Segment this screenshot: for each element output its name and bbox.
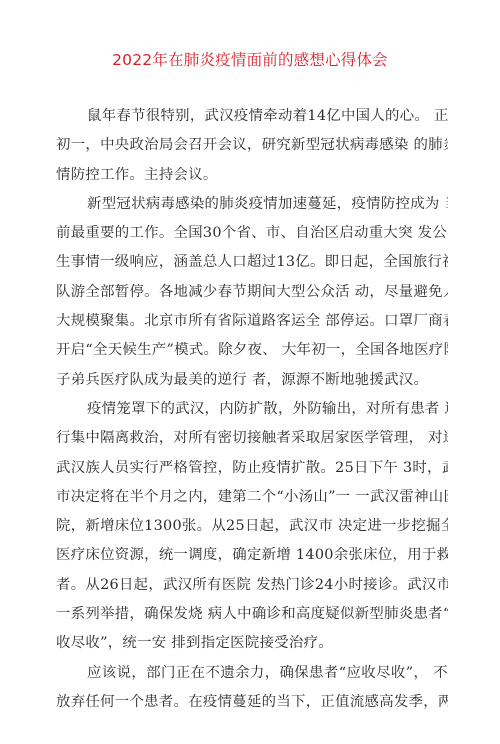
paragraph-3-line-3: 武汉族人员实行严格管控，防止疫情扩散。25日下午 3时，武汉 — [56, 454, 448, 483]
document-title: 2022年在肺炎疫情面前的感想心得体会 — [0, 50, 500, 70]
paragraph-2-line-6: 开启“全天候生产”模式。除夕夜、 大年初一，全国各地医疗队、 — [56, 336, 448, 365]
paragraph-2-line-3: 生事情一级响应，涵盖总人口超过13亿。即日起，全国旅行社团 — [56, 248, 448, 277]
paragraph-4-line-1: 应该说，部门正在不遗余力，确保患者“应收尽收”， 不 — [56, 659, 448, 688]
paragraph-3-line-4: 市决定将在半个月之内，建第二个“小汤山”一 一武汉雷神山医 — [56, 483, 448, 512]
paragraph-3-line-8: 一系列举措，确保发烧 病人中确诊和高度疑似新型肺炎患者“应 — [56, 600, 448, 629]
paragraph-3-line-9: 收尽收”，统一安 排到指定医院接受治疗。 — [56, 629, 448, 658]
paragraph-1-line-1: 鼠年春节很特别，武汉疫情牵动着14亿中国人的心。 正月 — [56, 102, 448, 131]
paragraph-2-line-5: 大规模聚集。北京市所有省际道路客运全 部停运。口罩厂商春节 — [56, 307, 448, 336]
document-page: 2022年在肺炎疫情面前的感想心得体会 鼠年春节很特别，武汉疫情牵动着14亿中国… — [0, 0, 500, 744]
paragraph-4-line-2: 放弃任何一个患者。在疫情蔓延的当下，正值流感高发季，两者 — [56, 688, 448, 717]
paragraph-3-line-6: 医疗床位资源，统一调度，确定新增 1400余张床位，用于救治患 — [56, 541, 448, 570]
paragraph-2-line-1: 新型冠状病毒感染的肺炎疫情加速蔓延，疫情防控成为 当 — [56, 190, 448, 219]
paragraph-3-line-7: 者。从26日起，武汉所有医院 发热门诊24小时接诊。武汉市出台 — [56, 571, 448, 600]
paragraph-2-line-4: 队游全部暂停。各地减少春节期间大型公众活 动，尽量避免人员 — [56, 278, 448, 307]
document-body: 鼠年春节很特别，武汉疫情牵动着14亿中国人的心。 正月 初一，中央政治局会召开会… — [56, 102, 448, 717]
paragraph-2-line-7: 子弟兵医疗队成为最美的逆行 者，源源不断地驰援武汉。 — [56, 366, 448, 395]
paragraph-2-line-2: 前最重要的工作。全国30个省、市、自治区启动重大突 发公共卫 — [56, 219, 448, 248]
paragraph-3-line-1: 疫情笼罩下的武汉，内防扩散，外防输出，对所有患者 进 — [56, 395, 448, 424]
paragraph-3-line-5: 院，新增床位1300张。从25日起，武汉市 决定进一步挖掘全市 — [56, 512, 448, 541]
paragraph-1-line-2: 初一，中央政治局会召开会议，研究新型冠状病毒感染 的肺炎疫 — [56, 131, 448, 160]
paragraph-1-line-3: 情防控工作。主持会议。 — [56, 161, 448, 190]
paragraph-3-line-2: 行集中隔离救治，对所有密切接触者采取居家医学管理， 对进出 — [56, 424, 448, 453]
